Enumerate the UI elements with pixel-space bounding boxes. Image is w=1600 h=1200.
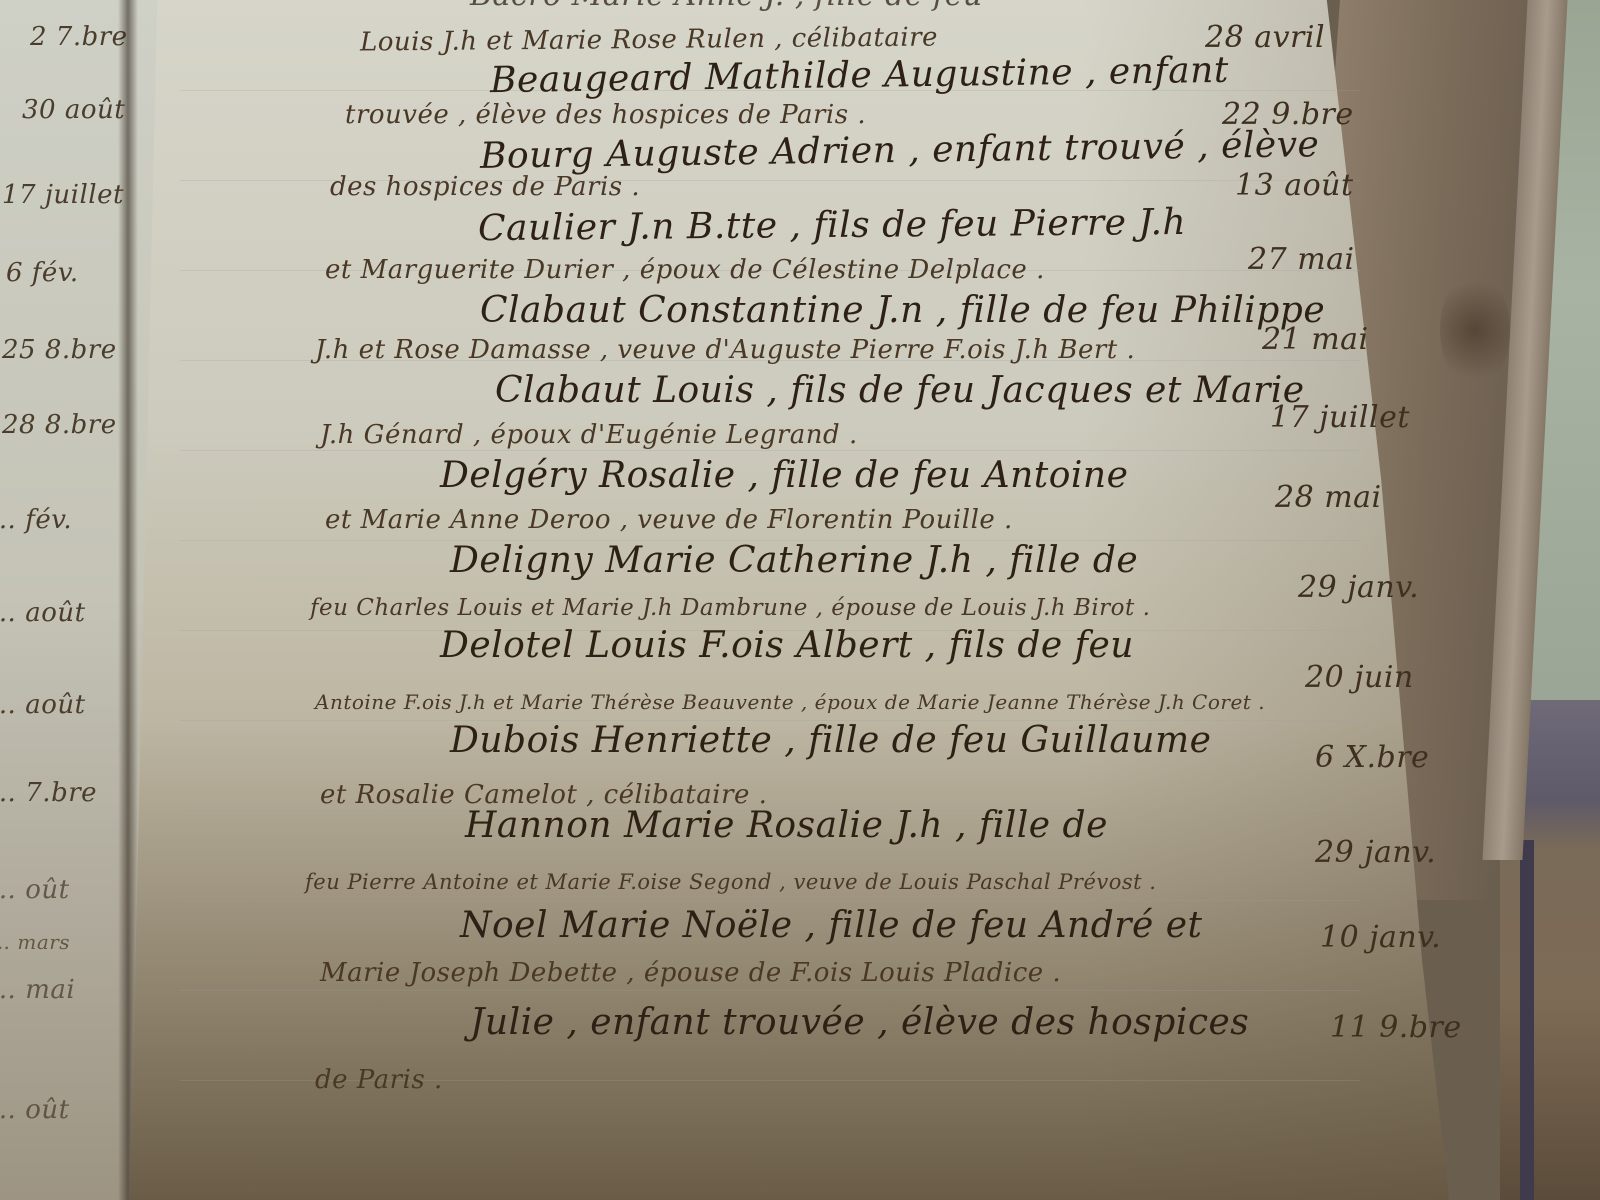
left-date: 25 8.bre — [2, 335, 117, 365]
left-date: … 7.bre — [0, 778, 97, 808]
entry-continuation: et Marie Anne Deroo , veuve de Florentin… — [325, 505, 1013, 535]
entry-continuation: Antoine F.ois J.h et Marie Thérèse Beauv… — [315, 690, 1265, 714]
entry-continuation: feu Pierre Antoine et Marie F.oise Segon… — [305, 870, 1156, 894]
entry-name-line: Clabaut Constantine J.n , fille de feu P… — [480, 290, 1325, 331]
entry-date: 27 mai — [1248, 242, 1355, 277]
left-date: … oût — [0, 1095, 70, 1125]
left-date: 30 août — [22, 95, 125, 125]
entry-date: 21 mai — [1262, 322, 1369, 357]
entry-name-line: Hannon Marie Rosalie J.h , fille de — [465, 805, 1108, 846]
entry-date: 6 X.bre — [1315, 740, 1429, 775]
left-date: … août — [0, 598, 86, 628]
left-date: 6 fév. — [6, 258, 79, 288]
left-date: … août — [0, 690, 86, 720]
entry-date: 29 janv. — [1298, 570, 1419, 605]
left-date: … fév. — [0, 505, 72, 535]
left-date: 28 8.bre — [2, 410, 117, 440]
entry-name-line: Noel Marie Noële , fille de feu André et — [460, 905, 1202, 946]
entry-name-line: Dubois Henriette , fille de feu Guillaum… — [450, 720, 1211, 761]
left-date: … mars — [0, 930, 70, 954]
entry-continuation: Marie Joseph Debette , épouse de F.ois L… — [320, 958, 1061, 988]
left-date: … oût — [0, 875, 70, 905]
cover-stain — [1440, 270, 1510, 390]
entry-date: 13 août — [1235, 168, 1354, 203]
entry-continuation: trouvée , élève des hospices de Paris . — [345, 100, 866, 130]
entry-date: 11 9.bre — [1330, 1010, 1462, 1045]
entry-name-line: Delotel Louis F.ois Albert , fils de feu — [440, 625, 1134, 666]
entry-continuation: Louis J.h et Marie Rose Rulen , célibata… — [360, 22, 938, 57]
left-date: 17 juillet — [2, 180, 124, 210]
left-date: 2 7.bre — [30, 22, 128, 52]
entry-continuation: et Marguerite Durier , époux de Célestin… — [325, 255, 1045, 285]
entry-date: 17 juillet — [1270, 400, 1410, 435]
left-date: … mai — [0, 975, 75, 1005]
entry-date: 29 janv. — [1315, 835, 1436, 870]
entry-name-line: Clabaut Louis , fils de feu Jacques et M… — [495, 370, 1305, 411]
photo-scene: 2 7.bre 30 août 17 juillet 6 fév. 25 8.b… — [0, 0, 1600, 1200]
entry-date: 20 juin — [1305, 660, 1414, 695]
entry-name-line: Bacro Marie Anne J. , fille de feu — [470, 0, 983, 13]
entry-name-line: Deligny Marie Catherine J.h , fille de — [450, 540, 1138, 581]
entry-name-line: Delgéry Rosalie , fille de feu Antoine — [440, 455, 1128, 496]
entry-continuation: de Paris . — [315, 1065, 443, 1095]
entry-continuation: J.h et Rose Damasse , veuve d'Auguste Pi… — [315, 335, 1135, 365]
entry-name-line: Caulier J.n B.tte , fils de feu Pierre J… — [478, 202, 1186, 249]
background-bar — [1520, 840, 1534, 1200]
entry-continuation: des hospices de Paris . — [330, 172, 640, 202]
entry-continuation: J.h Génard , époux d'Eugénie Legrand . — [320, 420, 858, 450]
entry-date: 28 mai — [1275, 480, 1382, 515]
entry-date: 10 janv. — [1320, 920, 1441, 955]
entry-continuation: feu Charles Louis et Marie J.h Dambrune … — [310, 595, 1150, 621]
entry-name-line: Julie , enfant trouvée , élève des hospi… — [470, 1002, 1249, 1043]
